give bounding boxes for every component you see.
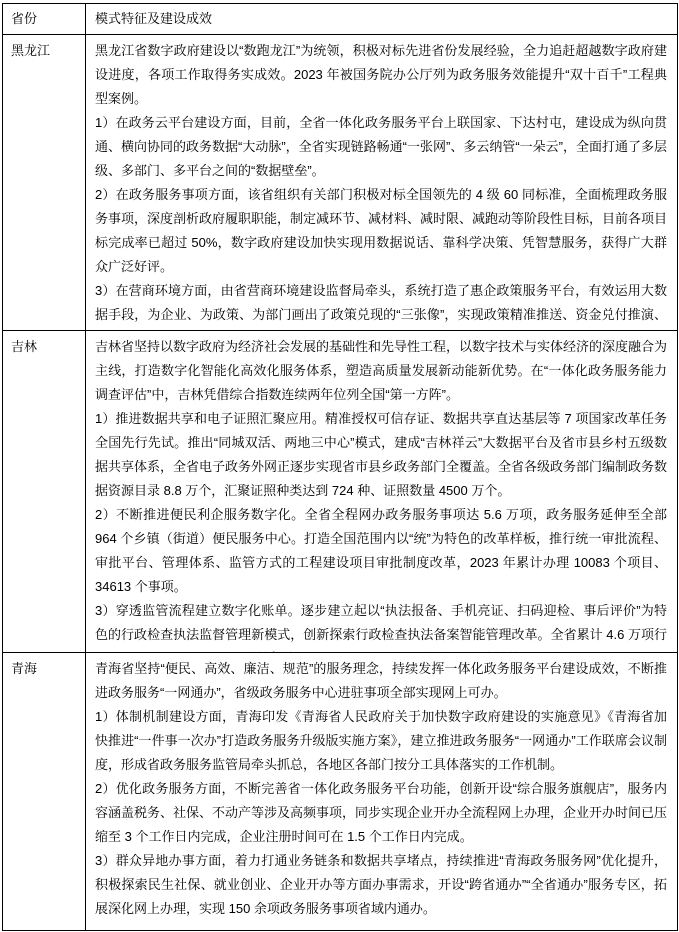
table-header-row: 省份 模式特征及建设成效 [3, 4, 677, 34]
province-cell: 黑龙江 [3, 35, 86, 330]
feature-paragraph: 3）在营商环境方面，由省营商环境建设监督局牵头，系统打造了惠企政策服务平台，有效… [95, 279, 667, 330]
province-cell: 吉林 [3, 331, 86, 652]
document-page: 省份 模式特征及建设成效 黑龙江 黑龙江省数字政府建设以“数跑龙江”为统领，积极… [0, 0, 679, 932]
feature-paragraph: 青海省坚持“便民、高效、廉洁、规范”的服务理念，持续发挥一体化政务服务平台建设成… [95, 657, 667, 705]
table-row-qinghai: 青海 青海省坚持“便民、高效、廉洁、规范”的服务理念，持续发挥一体化政务服务平台… [3, 652, 677, 930]
feature-paragraph: 1）推进数据共享和电子证照汇聚应用。精准授权可信存证、数据共享直达基层等 7 项… [95, 407, 667, 503]
feature-paragraph: 2）不断推进便民利企服务数字化。全省全程网办政务服务事项达 5.6 万项，政务服… [95, 503, 667, 599]
feature-paragraph: 3）穿透监管流程建立数字化账单。逐步建立起以“执法报备、手机亮证、扫码迎检、事后… [95, 599, 667, 652]
features-cell: 吉林省坚持以数字政府为经济社会发展的基础性和先导性工程，以数字技术与实体经济的深… [86, 331, 677, 652]
header-cell-features: 模式特征及建设成效 [86, 4, 677, 34]
feature-paragraph: 2）在政务服务事项方面，该省组织有关部门积极对标全国领先的 4 级 60 同标准… [95, 183, 667, 279]
feature-paragraph: 黑龙江省数字政府建设以“数跑龙江”为统领，积极对标先进省份发展经验，全力追赶超越… [95, 39, 667, 111]
features-cell: 黑龙江省数字政府建设以“数跑龙江”为统领，积极对标先进省份发展经验，全力追赶超越… [86, 35, 677, 330]
feature-paragraph: 2）优化政务服务方面，不断完善省一体化政务服务平台功能，创新开设“综合服务旗舰店… [95, 777, 667, 849]
table-row-heilongjiang: 黑龙江 黑龙江省数字政府建设以“数跑龙江”为统领，积极对标先进省份发展经验，全力… [3, 34, 677, 330]
feature-paragraph: 1）体制机制建设方面，青海印发《青海省人民政府关于加快数字政府建设的实施意见》《… [95, 705, 667, 777]
province-cell: 青海 [3, 653, 86, 930]
feature-paragraph: 3）群众异地办事方面，着力打通业务链条和数据共享堵点，持续推进“青海政务服务网”… [95, 849, 667, 921]
features-cell: 青海省坚持“便民、高效、廉洁、规范”的服务理念，持续发挥一体化政务服务平台建设成… [86, 653, 677, 930]
province-table: 省份 模式特征及建设成效 黑龙江 黑龙江省数字政府建设以“数跑龙江”为统领，积极… [2, 3, 678, 931]
feature-paragraph: 吉林省坚持以数字政府为经济社会发展的基础性和先导性工程，以数字技术与实体经济的深… [95, 335, 667, 407]
feature-paragraph: 1）在政务云平台建设方面，目前，全省一体化政务服务平台上联国家、下达村屯，建设成… [95, 111, 667, 183]
header-cell-province: 省份 [3, 4, 86, 34]
table-row-jilin: 吉林 吉林省坚持以数字政府为经济社会发展的基础性和先导性工程，以数字技术与实体经… [3, 330, 677, 652]
